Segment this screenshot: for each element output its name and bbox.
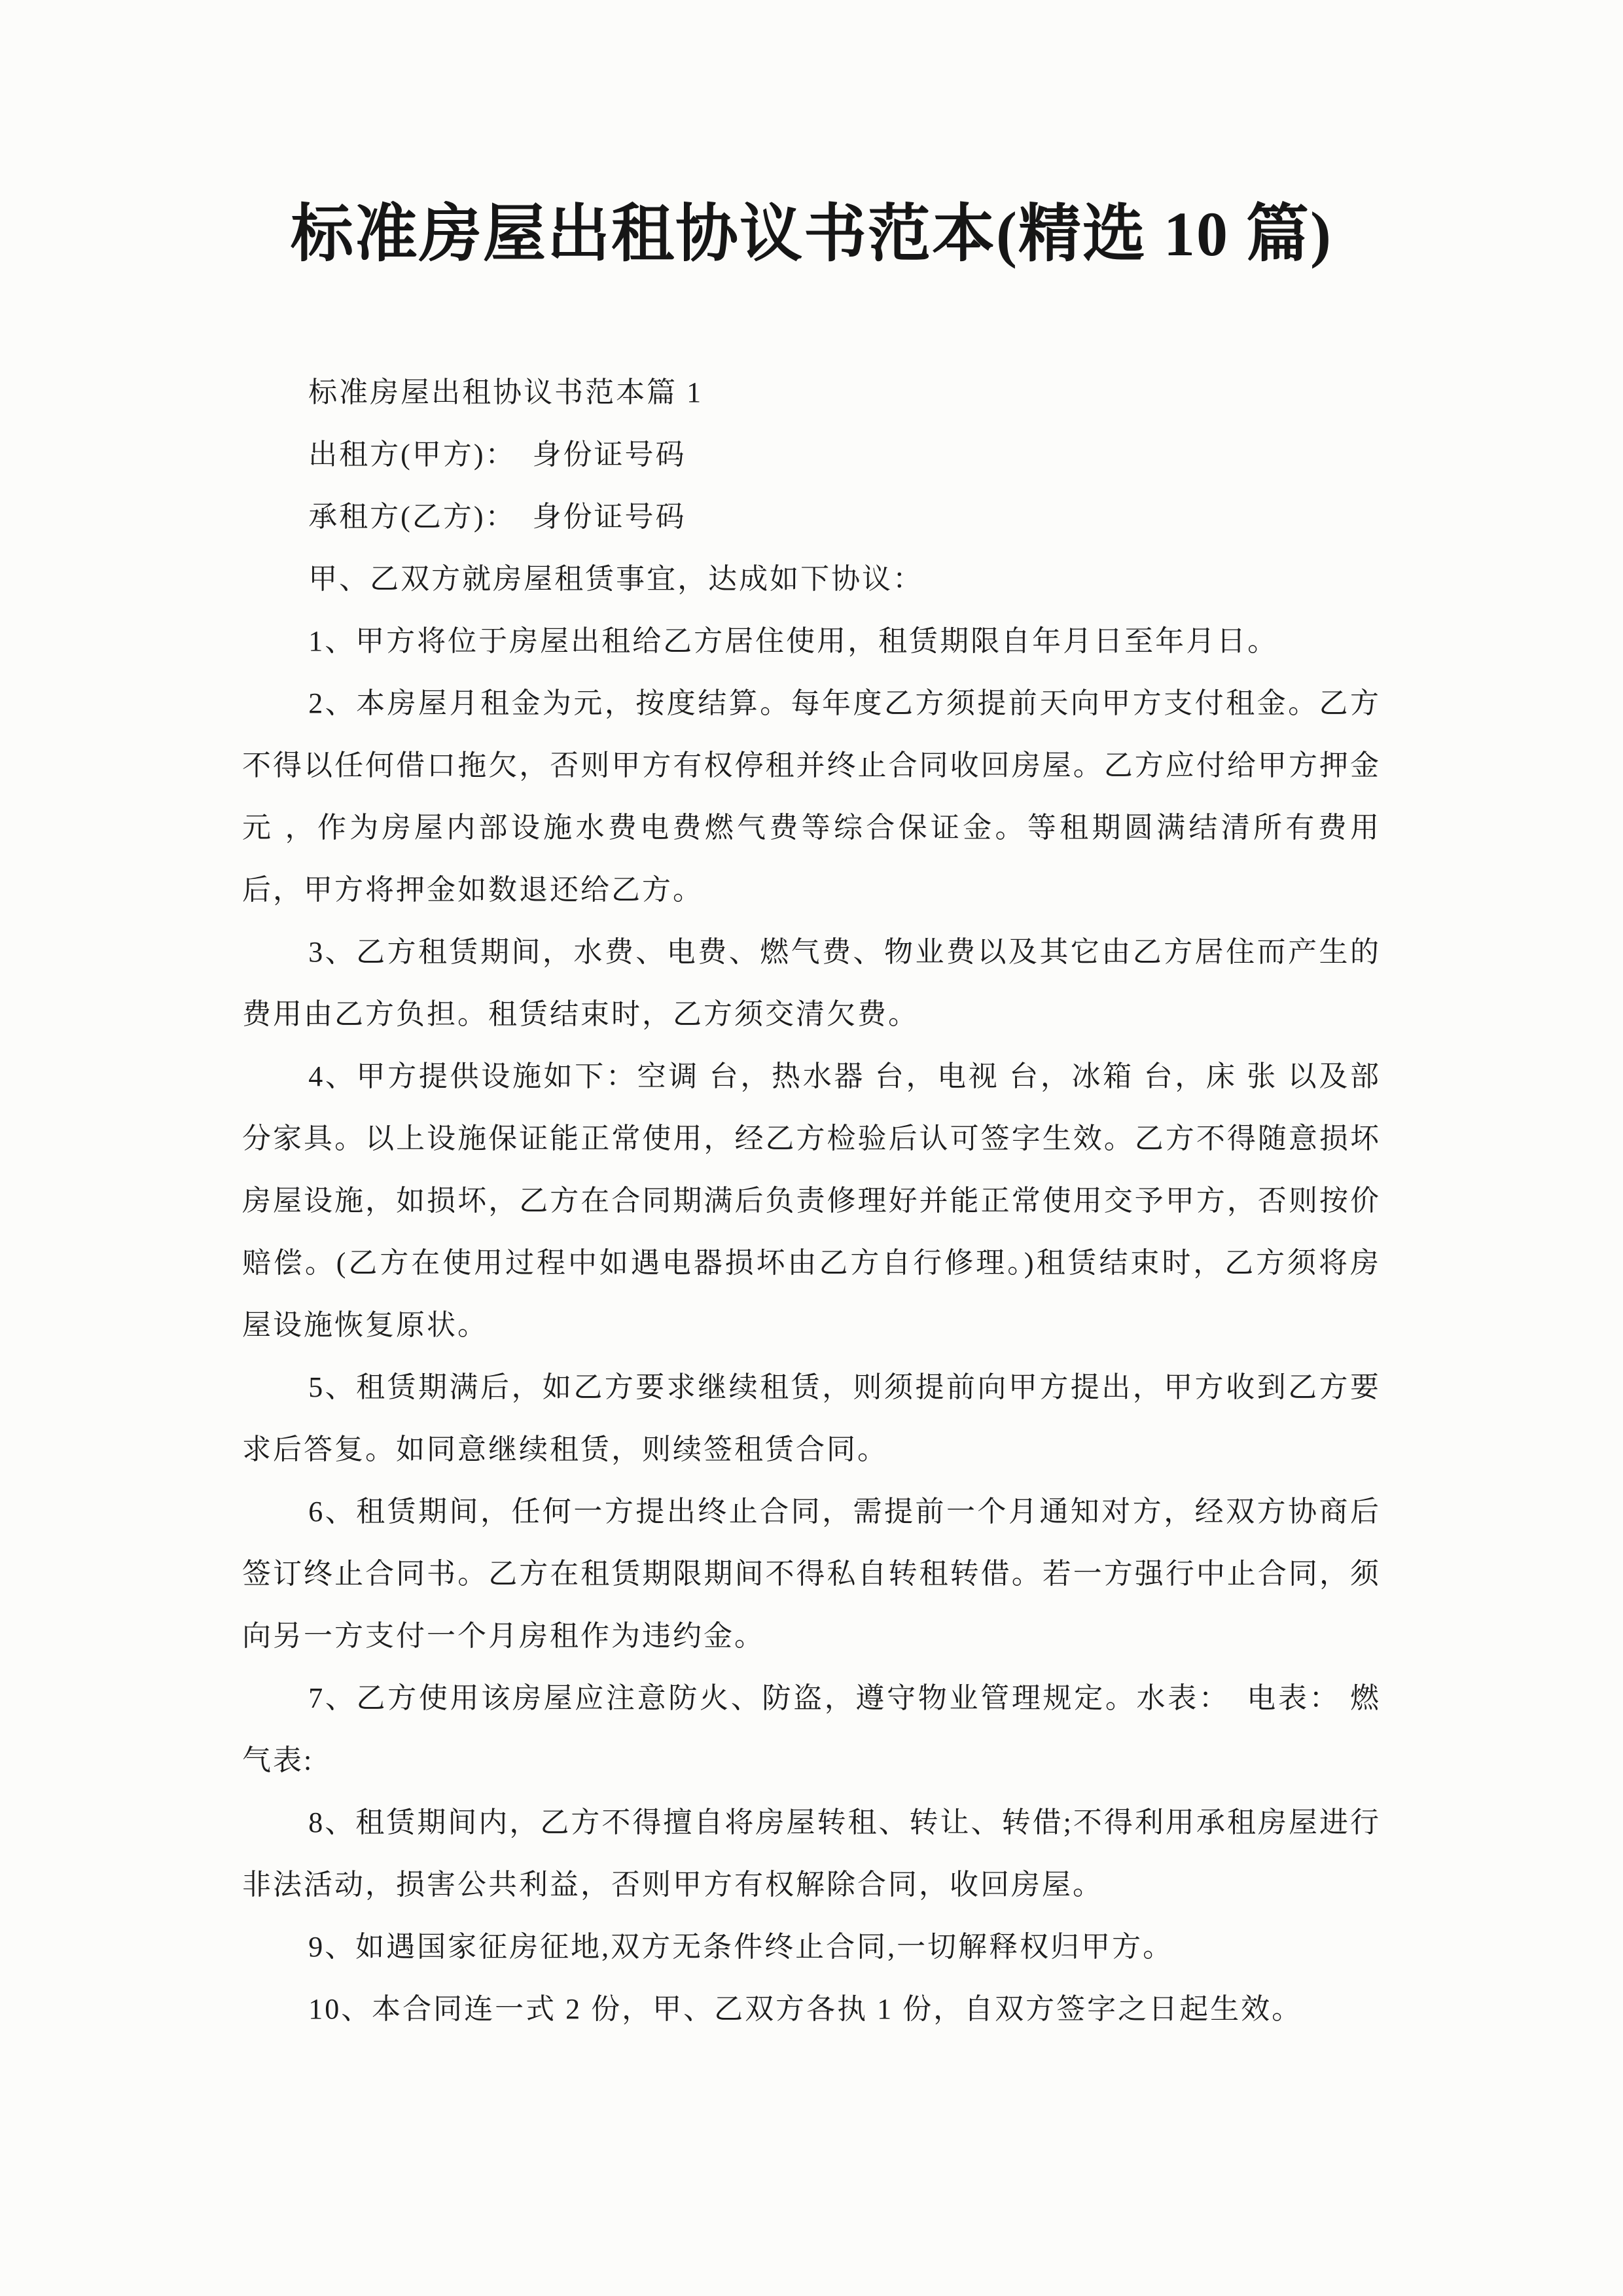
- paragraph-clause-1: 1、甲方将位于房屋出租给乙方居住使用，租赁期限自年月日至年月日。: [242, 610, 1381, 672]
- paragraph-clause-10: 10、本合同连一式 2 份，甲、乙双方各执 1 份，自双方签字之日起生效。: [242, 1978, 1381, 2040]
- paragraph-clause-5: 5、租赁期满后，如乙方要求继续租赁，则须提前向甲方提出，甲方收到乙方要求后答复。…: [242, 1356, 1381, 1480]
- paragraph-clause-8: 8、租赁期间内，乙方不得擅自将房屋转租、转让、转借;不得利用承租房屋进行非法活动…: [242, 1791, 1381, 1916]
- paragraph-lessor-line: 出租方(甲方)： 身份证号码: [242, 423, 1381, 486]
- document-page: 标准房屋出租协议书范本(精选 10 篇) 标准房屋出租协议书范本篇 1 出租方(…: [0, 0, 1623, 2296]
- document-title: 标准房屋出租协议书范本(精选 10 篇): [0, 0, 1623, 268]
- paragraph-clause-7: 7、乙方使用该房屋应注意防火、防盗，遵守物业管理规定。水表： 电表： 燃气表:: [242, 1667, 1381, 1791]
- paragraph-clause-4: 4、甲方提供设施如下：空调 台，热水器 台，电视 台，冰箱 台，床 张 以及部分…: [242, 1045, 1381, 1356]
- paragraph-intro: 甲、乙双方就房屋租赁事宜，达成如下协议：: [242, 548, 1381, 610]
- paragraph-clause-2: 2、本房屋月租金为元，按度结算。每年度乙方须提前天向甲方支付租金。乙方不得以任何…: [242, 672, 1381, 921]
- paragraph-clause-9: 9、如遇国家征房征地,双方无条件终止合同,一切解释权归甲方。: [242, 1916, 1381, 1978]
- paragraph-section-heading: 标准房屋出租协议书范本篇 1: [242, 361, 1381, 423]
- paragraph-clause-3: 3、乙方租赁期间，水费、电费、燃气费、物业费以及其它由乙方居住而产生的费用由乙方…: [242, 921, 1381, 1045]
- paragraph-clause-6: 6、租赁期间，任何一方提出终止合同，需提前一个月通知对方，经双方协商后签订终止合…: [242, 1480, 1381, 1667]
- document-body: 标准房屋出租协议书范本篇 1 出租方(甲方)： 身份证号码 承租方(乙方)： 身…: [242, 361, 1381, 2040]
- paragraph-lessee-line: 承租方(乙方)： 身份证号码: [242, 486, 1381, 548]
